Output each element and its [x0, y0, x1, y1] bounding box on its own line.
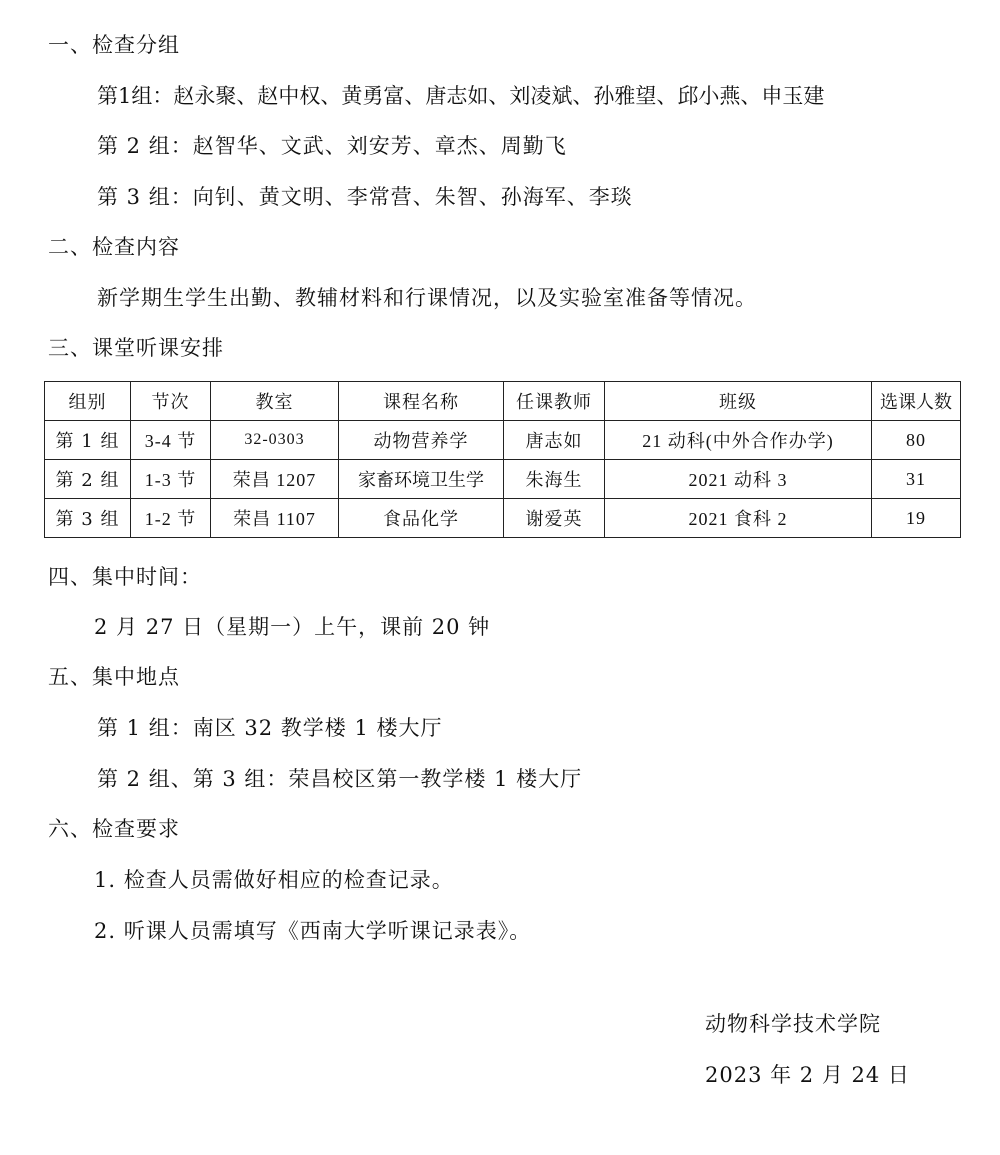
- cell-group: 第 1 组: [45, 421, 131, 460]
- cell-period: 3-4 节: [131, 421, 211, 460]
- header-enrollment: 选课人数: [872, 382, 961, 421]
- class-observation-table: 组别 节次 教室 课程名称 任课教师 班级 选课人数 第 1 组 3-4 节 3…: [44, 381, 961, 538]
- table-row: 第 1 组 3-4 节 32-0303 动物营养学 唐志如 21 动科(中外合作…: [45, 421, 961, 460]
- table-row: 第 2 组 1-3 节 荣昌 1207 家畜环境卫生学 朱海生 2021 动科 …: [45, 460, 961, 499]
- location-group-1: 第 1 组：南区 32 教学楼 1 楼大厅: [97, 714, 443, 742]
- header-course: 课程名称: [339, 382, 504, 421]
- header-class: 班级: [605, 382, 872, 421]
- header-teacher: 任课教师: [504, 382, 605, 421]
- cell-group: 第 2 组: [45, 460, 131, 499]
- cell-group: 第 3 组: [45, 499, 131, 538]
- cell-classroom: 荣昌 1107: [211, 499, 339, 538]
- cell-class: 21 动科(中外合作办学): [605, 421, 872, 460]
- cell-enrollment: 31: [872, 460, 961, 499]
- cell-period: 1-3 节: [131, 460, 211, 499]
- group-3-members: 第 3 组：向钊、黄文明、李常营、朱智、孙海军、李琰: [97, 183, 633, 211]
- header-group: 组别: [45, 382, 131, 421]
- table-header-row: 组别 节次 教室 课程名称 任课教师 班级 选课人数: [45, 382, 961, 421]
- section-heading-requirements: 六、检查要求: [48, 815, 180, 843]
- requirement-2: 2. 听课人员需填写《西南大学听课记录表》。: [94, 917, 531, 945]
- cell-teacher: 唐志如: [504, 421, 605, 460]
- section-heading-location: 五、集中地点: [48, 663, 180, 691]
- cell-class: 2021 动科 3: [605, 460, 872, 499]
- section-heading-groups: 一、检查分组: [48, 31, 180, 59]
- requirement-1: 1. 检查人员需做好相应的检查记录。: [94, 866, 454, 894]
- cell-teacher: 谢爱英: [504, 499, 605, 538]
- group-1-members: 第1组：赵永聚、赵中权、黄勇富、唐志如、刘凌斌、孙雅望、邱小燕、申玉建: [97, 82, 824, 110]
- gathering-time-text: 2 月 27 日（星期一）上午，课前 20 钟: [94, 613, 490, 641]
- cell-course: 食品化学: [339, 499, 504, 538]
- group-2-members: 第 2 组：赵智华、文武、刘安芳、章杰、周勤飞: [97, 132, 567, 160]
- inspection-content-text: 新学期生学生出勤、教辅材料和行课情况，以及实验室准备等情况。: [97, 284, 757, 312]
- cell-course: 动物营养学: [339, 421, 504, 460]
- signature-date: 2023 年 2 月 24 日: [705, 1061, 910, 1089]
- cell-classroom: 荣昌 1207: [211, 460, 339, 499]
- signature-organization: 动物科学技术学院: [705, 1010, 881, 1038]
- header-period: 节次: [131, 382, 211, 421]
- header-classroom: 教室: [211, 382, 339, 421]
- section-heading-content: 二、检查内容: [48, 233, 180, 261]
- table-row: 第 3 组 1-2 节 荣昌 1107 食品化学 谢爱英 2021 食科 2 1…: [45, 499, 961, 538]
- cell-course: 家畜环境卫生学: [339, 460, 504, 499]
- cell-period: 1-2 节: [131, 499, 211, 538]
- cell-enrollment: 19: [872, 499, 961, 538]
- location-groups-2-3: 第 2 组、第 3 组：荣昌校区第一教学楼 1 楼大厅: [97, 765, 582, 793]
- section-heading-schedule: 三、课堂听课安排: [48, 334, 224, 362]
- cell-classroom: 32-0303: [211, 421, 339, 460]
- cell-teacher: 朱海生: [504, 460, 605, 499]
- cell-enrollment: 80: [872, 421, 961, 460]
- cell-class: 2021 食科 2: [605, 499, 872, 538]
- section-heading-time: 四、集中时间：: [48, 563, 202, 591]
